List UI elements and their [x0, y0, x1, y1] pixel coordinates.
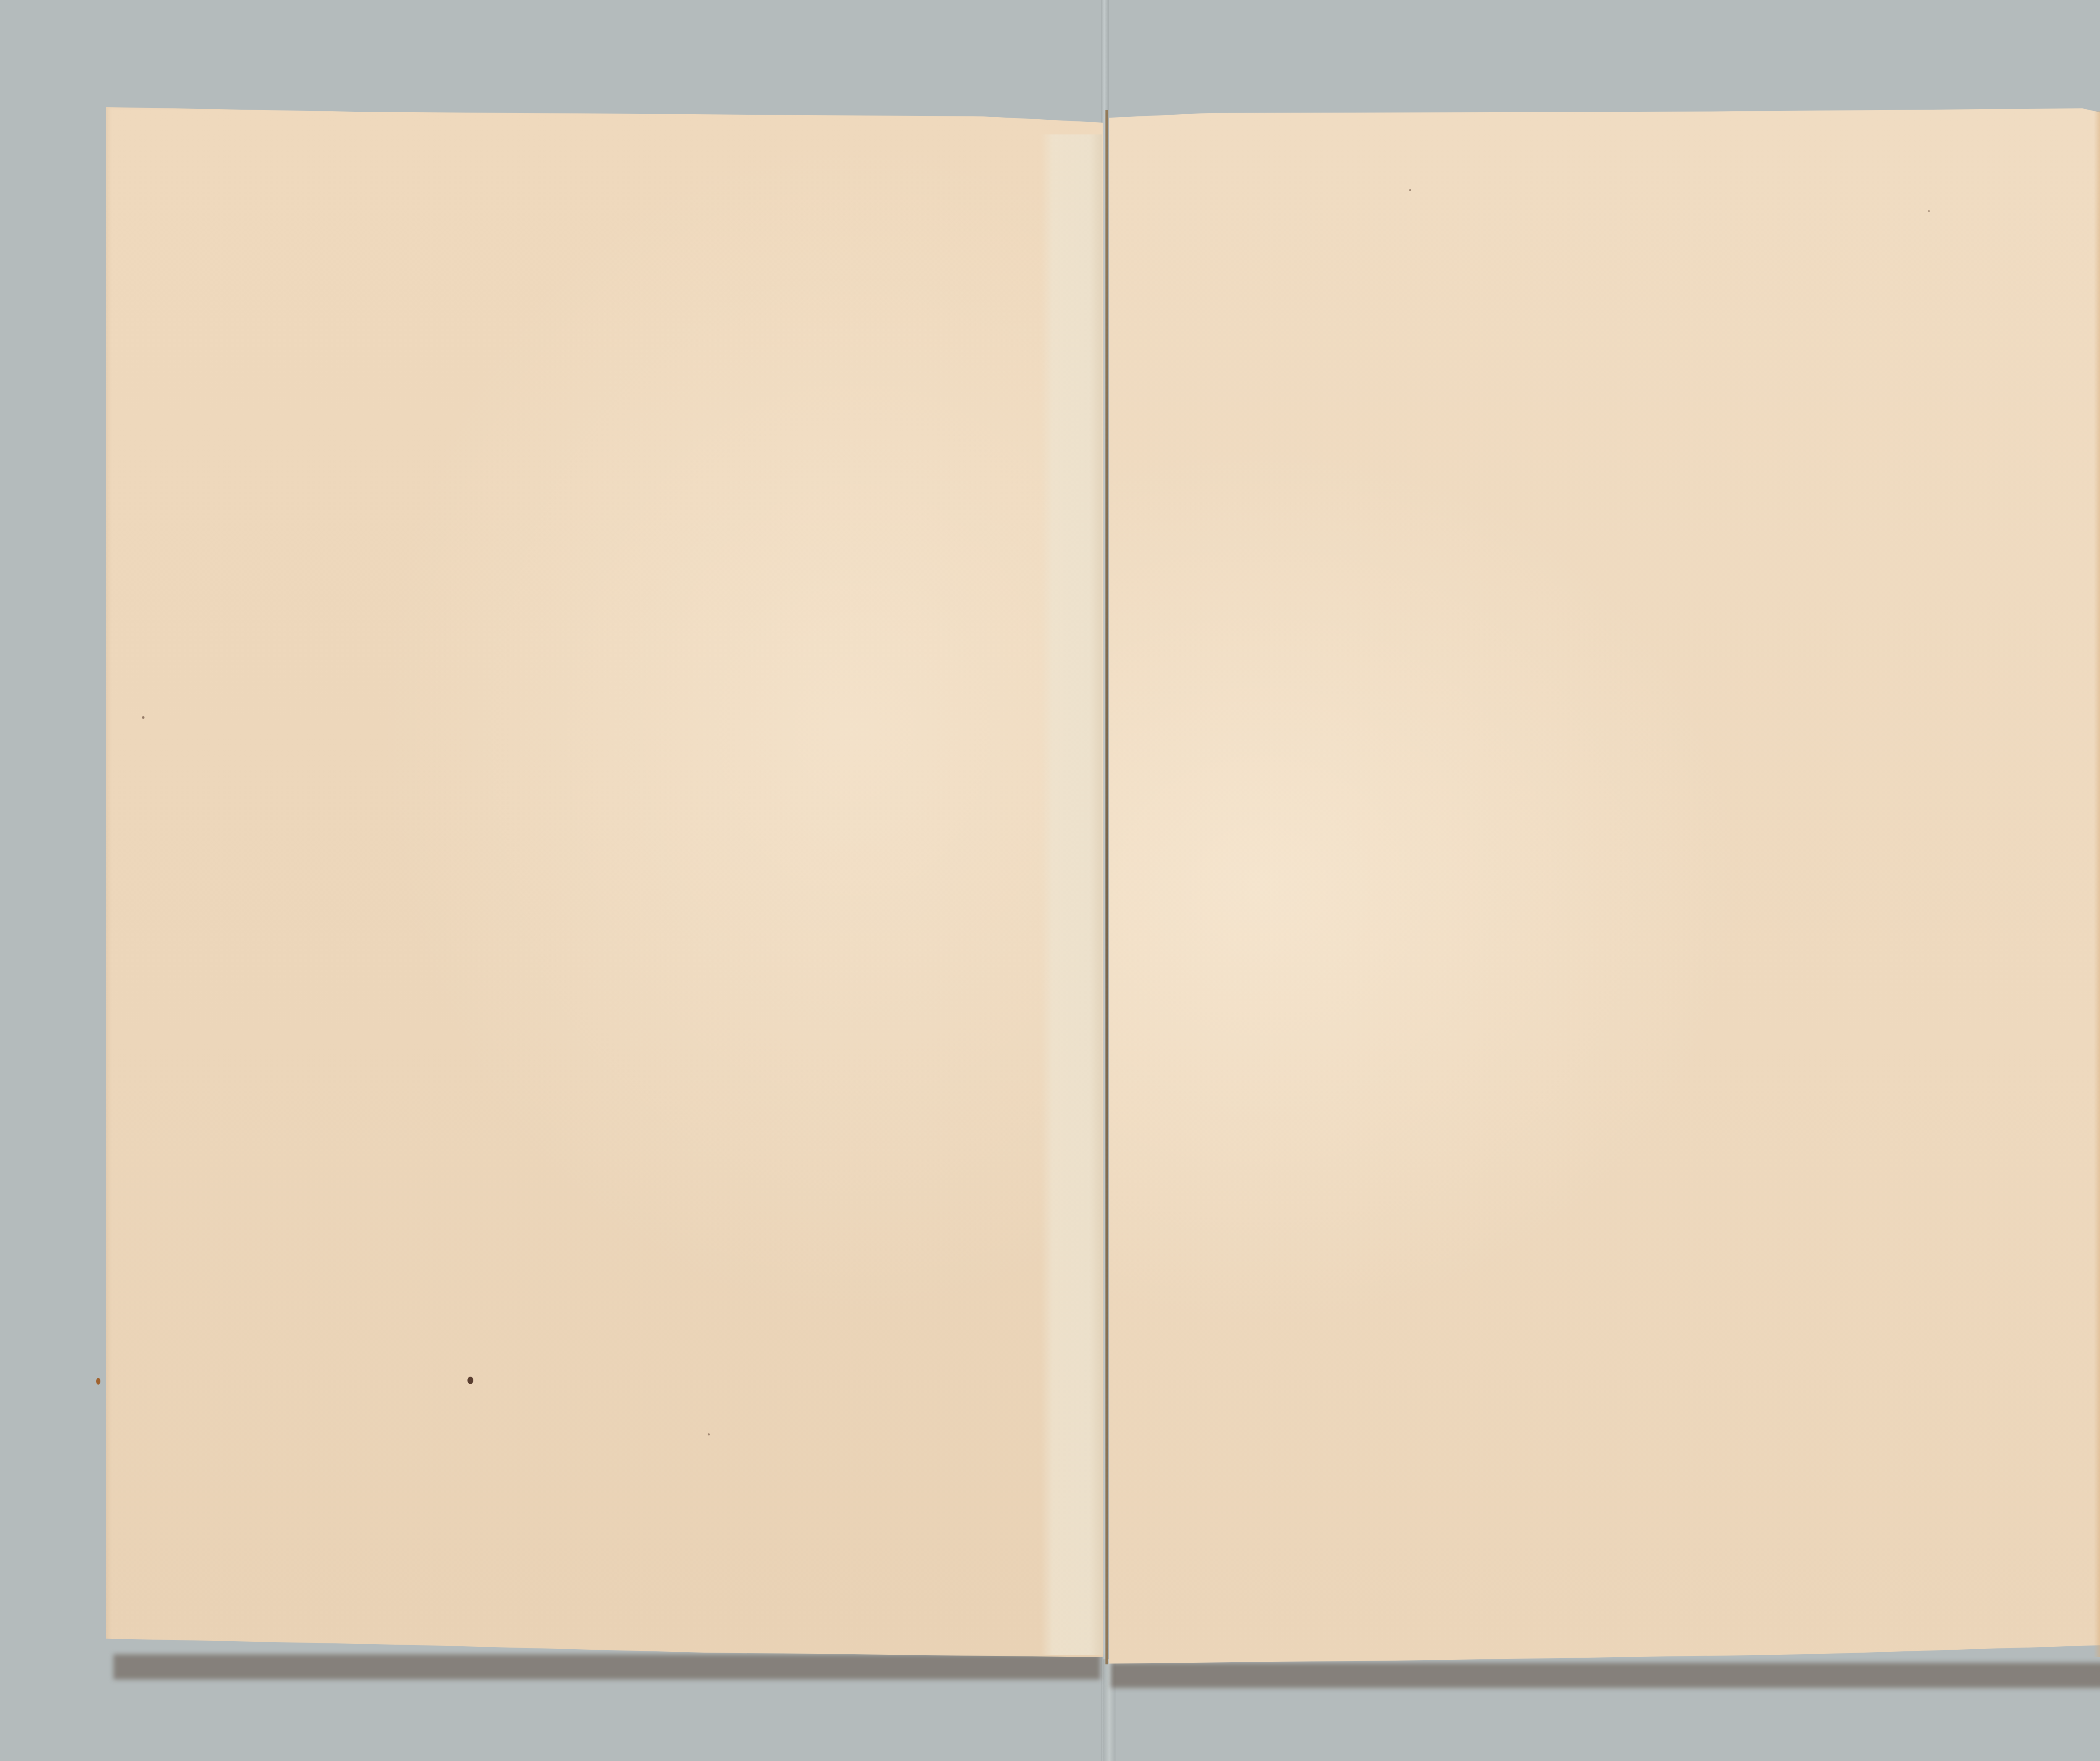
- left-page-shadow: [113, 1654, 1100, 1680]
- book-spine-crease: [1105, 110, 1108, 1664]
- left-page: [106, 107, 1103, 1657]
- edge-stain: [96, 1378, 100, 1385]
- ink-speck: [1409, 189, 1411, 191]
- right-page: [1109, 108, 2100, 1664]
- ink-speck: [1928, 210, 1930, 212]
- ink-speck: [708, 1433, 710, 1435]
- gutter-binding-strip: [1041, 134, 1102, 1655]
- ink-speck: [142, 716, 144, 719]
- ink-speck: [467, 1377, 473, 1384]
- right-page-shadow: [1111, 1663, 2100, 1688]
- right-page-stacked-edge: [2094, 111, 2100, 1657]
